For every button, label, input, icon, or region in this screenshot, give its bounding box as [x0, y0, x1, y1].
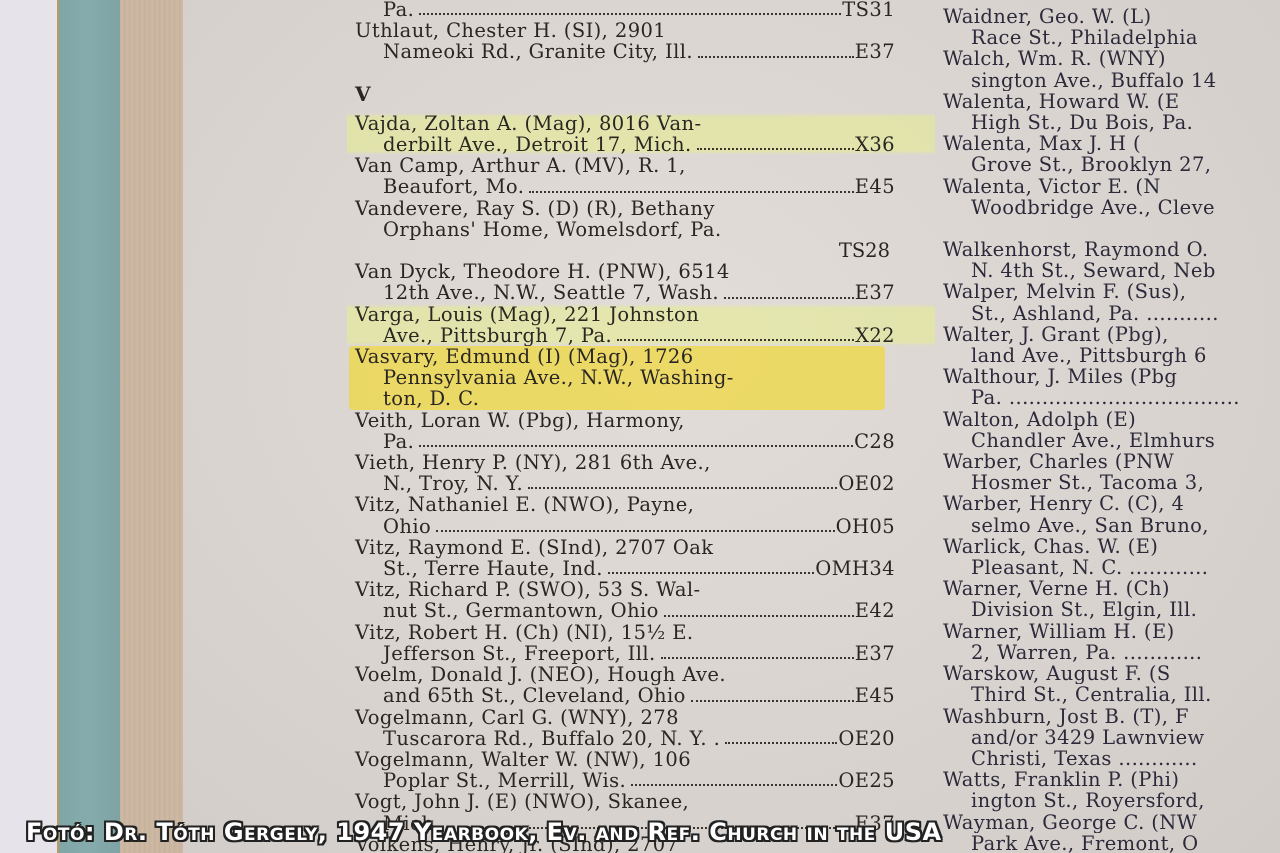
- entry-name: Vitz, Richard P. (SWO), 53 S. Wal-: [355, 579, 895, 600]
- directory-entry: Warber, Henry C. (C), 4selmo Ave., San B…: [943, 493, 1280, 535]
- book-cover-edge: [57, 0, 120, 853]
- entry-name: Warner, Verne H. (Ch): [943, 578, 1280, 599]
- entry-name: Walton, Adolph (E): [943, 409, 1280, 430]
- entry-name: Walch, Wm. R. (WNY): [943, 48, 1280, 69]
- directory-entry: Vitz, Richard P. (SWO), 53 S. Wal- nut S…: [355, 579, 895, 621]
- entry-name: Vogt, John J. (E) (NWO), Skanee,: [355, 791, 895, 812]
- entry-name: Warlick, Chas. W. (E): [943, 536, 1280, 557]
- entry-name: Walthour, J. Miles (Pbg: [943, 366, 1280, 387]
- directory-entry: Vogelmann, Walter W. (NW), 106 Poplar St…: [355, 749, 895, 791]
- district-code: OE25: [838, 770, 895, 791]
- directory-entry: Walenta, Howard W. (EHigh St., Du Bois, …: [943, 91, 1280, 133]
- directory-entry: Walthour, J. Miles (PbgPa. .............…: [943, 366, 1280, 408]
- district-code: X22: [855, 325, 895, 346]
- directory-entry-fragment: Pa.TS31: [355, 0, 895, 20]
- entry-name: Warner, William H. (E): [943, 621, 1280, 642]
- district-code: E42: [855, 600, 895, 621]
- directory-entry-highlighted: Varga, Louis (Mag), 221 Johnston Ave., P…: [347, 304, 935, 346]
- district-code: OH05: [836, 516, 895, 537]
- entry-name: Waidner, Geo. W. (L): [943, 6, 1280, 27]
- directory-entry: Warber, Charles (PNWHosmer St., Tacoma 3…: [943, 451, 1280, 493]
- entry-name: Vieth, Henry P. (NY), 281 6th Ave.,: [355, 452, 895, 473]
- directory-entry: Walkenhorst, Raymond O.N. 4th St., Sewar…: [943, 239, 1280, 281]
- district-code: E37: [855, 41, 895, 62]
- directory-entry-highlighted: Vajda, Zoltan A. (Mag), 8016 Van- derbil…: [347, 113, 935, 155]
- directory-entry: Van Dyck, Theodore H. (PNW), 6514 12th A…: [355, 261, 895, 303]
- entry-gap: [943, 218, 1280, 239]
- directory-entry: Wayman, George C. (NWPark Ave., Fremont,…: [943, 812, 1280, 853]
- entry-name: Warskow, August F. (S: [943, 663, 1280, 684]
- entry-name: Van Camp, Arthur A. (MV), R. 1,: [355, 155, 895, 176]
- directory-entry: Vogelmann, Carl G. (WNY), 278 Tuscarora …: [355, 707, 895, 749]
- district-code: C28: [854, 431, 895, 452]
- entry-name: Varga, Louis (Mag), 221 Johnston: [355, 304, 895, 325]
- directory-entry: Walton, Adolph (E)Chandler Ave., Elmhurs: [943, 409, 1280, 451]
- entry-name: Voelm, Donald J. (NEO), Hough Ave.: [355, 664, 895, 685]
- directory-entry: Vieth, Henry P. (NY), 281 6th Ave., N., …: [355, 452, 895, 494]
- entry-name: Vandevere, Ray S. (D) (R), Bethany: [355, 198, 895, 219]
- directory-entry: Van Camp, Arthur A. (MV), R. 1, Beaufort…: [355, 155, 895, 197]
- entry-name: Van Dyck, Theodore H. (PNW), 6514: [355, 261, 895, 282]
- entry-name: Warber, Henry C. (C), 4: [943, 493, 1280, 514]
- directory-entry: Vitz, Nathaniel E. (NWO), Payne, OhioOH0…: [355, 494, 895, 536]
- entry-name: Vitz, Raymond E. (SInd), 2707 Oak: [355, 537, 895, 558]
- directory-entry: Vandevere, Ray S. (D) (R), Bethany Orpha…: [355, 198, 895, 262]
- photo-credit-caption: Fotó: Dr. Tóth Gergely, 1947 Yearbook, E…: [26, 818, 942, 846]
- section-letter-heading: V: [355, 84, 900, 105]
- directory-entry: Vitz, Robert H. (Ch) (NI), 15½ E. Jeffer…: [355, 622, 895, 664]
- background-surface: [0, 0, 58, 853]
- directory-entry: Voelm, Donald J. (NEO), Hough Ave. and 6…: [355, 664, 895, 706]
- entry-name: Walkenhorst, Raymond O.: [943, 239, 1280, 260]
- district-code: E45: [855, 685, 895, 706]
- district-code: OE02: [838, 473, 895, 494]
- directory-entry: Veith, Loran W. (Pbg), Harmony, Pa.C28: [355, 410, 895, 452]
- entry-name: Uthlaut, Chester H. (SI), 2901: [355, 20, 895, 41]
- directory-column-right: Waidner, Geo. W. (L)Race St., Philadelph…: [943, 6, 1280, 853]
- district-code: E37: [855, 643, 895, 664]
- entry-name: Warber, Charles (PNW: [943, 451, 1280, 472]
- directory-entry: Vitz, Raymond E. (SInd), 2707 Oak St., T…: [355, 537, 895, 579]
- directory-entry-highlighted-strong: Vasvary, Edmund (I) (Mag), 1726 Pennsylv…: [349, 346, 885, 410]
- entry-name: Vitz, Nathaniel E. (NWO), Payne,: [355, 494, 895, 515]
- entry-name: Washburn, Jost B. (T), F: [943, 706, 1280, 727]
- entry-name: Wayman, George C. (NW: [943, 812, 1280, 833]
- entry-name: Vogelmann, Walter W. (NW), 106: [355, 749, 895, 770]
- district-code: E45: [855, 176, 895, 197]
- district-code: X36: [855, 134, 895, 155]
- directory-entry: Walper, Melvin F. (Sus),St., Ashland, Pa…: [943, 281, 1280, 323]
- district-code: TS31: [842, 0, 895, 20]
- entry-name: Walter, J. Grant (Pbg),: [943, 324, 1280, 345]
- entry-name: Walenta, Max J. H (: [943, 133, 1280, 154]
- entry-name: Vitz, Robert H. (Ch) (NI), 15½ E.: [355, 622, 895, 643]
- district-code: TS28: [355, 240, 895, 261]
- entry-name: Vasvary, Edmund (I) (Mag), 1726: [355, 346, 855, 367]
- directory-column-left: Pa.TS31 Uthlaut, Chester H. (SI), 2901 N…: [355, 0, 900, 853]
- entry-name: Walenta, Howard W. (E: [943, 91, 1280, 112]
- entry-name: Watts, Franklin P. (Phi): [943, 769, 1280, 790]
- entry-name: Veith, Loran W. (Pbg), Harmony,: [355, 410, 895, 431]
- directory-entry: Walch, Wm. R. (WNY)sington Ave., Buffalo…: [943, 48, 1280, 90]
- entry-name: Vogelmann, Carl G. (WNY), 278: [355, 707, 895, 728]
- entry-name: Vajda, Zoltan A. (Mag), 8016 Van-: [355, 113, 895, 134]
- entry-name: Walenta, Victor E. (N: [943, 176, 1280, 197]
- district-code: OE20: [838, 728, 895, 749]
- directory-entry: Warlick, Chas. W. (E)Pleasant, N. C. ...…: [943, 536, 1280, 578]
- directory-entry: Walenta, Victor E. (NWoodbridge Ave., Cl…: [943, 176, 1280, 218]
- directory-entry: Warner, William H. (E)2, Warren, Pa. ...…: [943, 621, 1280, 663]
- directory-entry: Uthlaut, Chester H. (SI), 2901 Nameoki R…: [355, 20, 895, 62]
- directory-entry: Walenta, Max J. H (Grove St., Brooklyn 2…: [943, 133, 1280, 175]
- entry-name: Walper, Melvin F. (Sus),: [943, 281, 1280, 302]
- directory-entry: Warner, Verne H. (Ch)Division St., Elgin…: [943, 578, 1280, 620]
- directory-entry: Watts, Franklin P. (Phi)ington St., Roye…: [943, 769, 1280, 811]
- directory-entry: Washburn, Jost B. (T), Fand/or 3429 Lawn…: [943, 706, 1280, 770]
- district-code: E37: [855, 282, 895, 303]
- book-spine-binding: [120, 0, 183, 853]
- directory-entry: Warskow, August F. (SThird St., Centrali…: [943, 663, 1280, 705]
- directory-entry: Walter, J. Grant (Pbg),land Ave., Pittsb…: [943, 324, 1280, 366]
- directory-entry: Waidner, Geo. W. (L)Race St., Philadelph…: [943, 6, 1280, 48]
- district-code: OMH34: [815, 558, 895, 579]
